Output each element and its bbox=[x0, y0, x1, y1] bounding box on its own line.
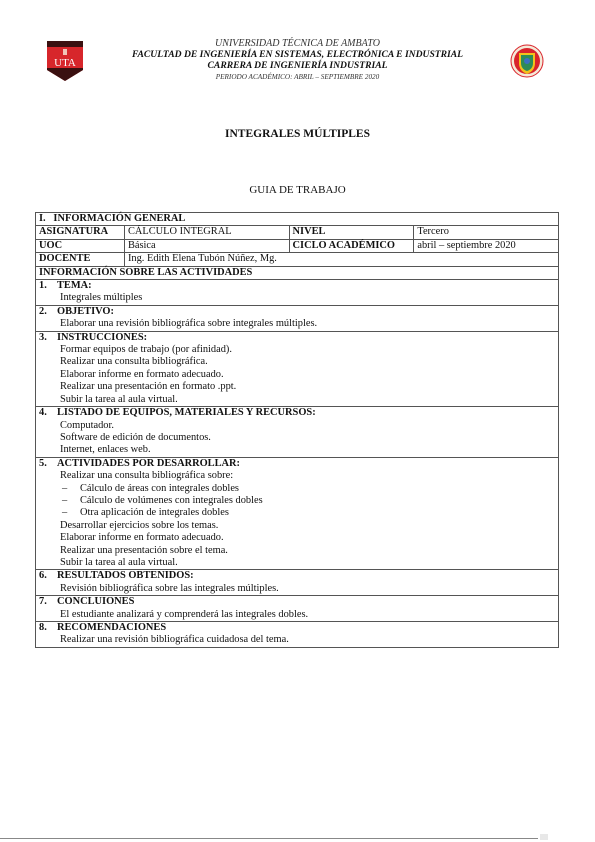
fisei-seal-logo-icon bbox=[510, 42, 544, 80]
section-row: 4.LISTADO DE EQUIPOS, MATERIALES Y RECUR… bbox=[36, 407, 559, 458]
section-body: Realizar una revisión bibliográfica cuid… bbox=[39, 634, 555, 646]
document-header: UTA UNIVERSIDAD TÉCNICA DE AMBATO FACULT… bbox=[0, 38, 595, 88]
general-info-heading-row: I. INFORMACIÓN GENERAL bbox=[36, 213, 559, 226]
section-number: 7. bbox=[39, 596, 57, 608]
section-resultados: 6.RESULTADOS OBTENIDOS: Revisión bibliog… bbox=[36, 570, 559, 596]
section-line: Formar equipos de trabajo (por afinidad)… bbox=[60, 344, 555, 356]
asignatura-value: CÁLCULO INTEGRAL bbox=[124, 226, 289, 239]
table-row: DOCENTE Ing. Edith Elena Tubón Núñez, Mg… bbox=[36, 253, 559, 266]
section-row: 3.INSTRUCCIONES: Formar equipos de traba… bbox=[36, 331, 559, 406]
section-row: 8.RECOMENDACIONES Realizar una revisión … bbox=[36, 622, 559, 648]
section-line: Internet, enlaces web. bbox=[60, 444, 555, 456]
section-line: Elaborar informe en formato adecuado. bbox=[60, 532, 555, 544]
section-row: 5.ACTIVIDADES POR DESARROLLAR: Realizar … bbox=[36, 457, 559, 570]
footer-divider bbox=[0, 838, 538, 839]
section-row: 2.OBJETIVO: Elaborar una revisión biblio… bbox=[36, 305, 559, 331]
docente-value: Ing. Edith Elena Tubón Núñez, Mg. bbox=[124, 253, 558, 266]
section-body: El estudiante analizará y comprenderá la… bbox=[39, 609, 555, 621]
university-name: UNIVERSIDAD TÉCNICA DE AMBATO bbox=[100, 38, 495, 49]
ciclo-value: abril – septiembre 2020 bbox=[414, 239, 559, 252]
section-number: 4. bbox=[39, 407, 57, 419]
section-title: OBJETIVO: bbox=[57, 306, 114, 317]
bullet-item: –Otra aplicación de integrales dobles bbox=[60, 507, 555, 519]
section-title: INSTRUCCIONES: bbox=[57, 332, 147, 343]
section-title: RESULTADOS OBTENIDOS: bbox=[57, 570, 194, 581]
section-line: Desarrollar ejercicios sobre los temas. bbox=[60, 520, 555, 532]
section-recomendaciones: 8.RECOMENDACIONES Realizar una revisión … bbox=[36, 622, 559, 648]
section-line: Subir la tarea al aula virtual. bbox=[60, 394, 555, 406]
activities-heading: INFORMACIÓN SOBRE LAS ACTIVIDADES bbox=[36, 266, 559, 279]
academic-period: PERIODO ACADÉMICO: ABRIL – SEPTIEMBRE 20… bbox=[100, 71, 495, 83]
nivel-value: Tercero bbox=[414, 226, 559, 239]
asignatura-label: ASIGNATURA bbox=[36, 226, 125, 239]
section-line: Realizar una presentación sobre el tema. bbox=[60, 545, 555, 557]
section-row: 7.CONCLUIONES El estudiante analizará y … bbox=[36, 596, 559, 622]
section-number: 6. bbox=[39, 570, 57, 582]
section-row: 1.TEMA: Integrales múltiples bbox=[36, 280, 559, 306]
bullet-item: –Cálculo de volúmenes con integrales dob… bbox=[60, 495, 555, 507]
table-row: UOC Básica CICLO ACADÉMICO abril – septi… bbox=[36, 239, 559, 252]
section-body: Integrales múltiples bbox=[39, 292, 555, 304]
institution-heading: UNIVERSIDAD TÉCNICA DE AMBATO FACULTAD D… bbox=[100, 38, 495, 83]
career-name: CARRERA DE INGENIERÍA INDUSTRIAL bbox=[100, 60, 495, 71]
section-title: TEMA: bbox=[57, 280, 92, 291]
work-guide-table: I. INFORMACIÓN GENERAL ASIGNATURA CÁLCUL… bbox=[35, 212, 559, 648]
section-number: 1. bbox=[39, 280, 57, 292]
uoc-value: Básica bbox=[124, 239, 289, 252]
uta-shield-logo-icon: UTA bbox=[46, 40, 84, 82]
uoc-label: UOC bbox=[36, 239, 125, 252]
section-conclusiones: 7.CONCLUIONES El estudiante analizará y … bbox=[36, 596, 559, 622]
section-title: RECOMENDACIONES bbox=[57, 622, 166, 633]
section-title: LISTADO DE EQUIPOS, MATERIALES Y RECURSO… bbox=[57, 407, 316, 418]
section-line: Computador. bbox=[60, 420, 555, 432]
general-info-heading: I. INFORMACIÓN GENERAL bbox=[36, 213, 559, 226]
section-objetivo: 2.OBJETIVO: Elaborar una revisión biblio… bbox=[36, 305, 559, 331]
section-line: Revisión bibliográfica sobre las integra… bbox=[60, 583, 555, 595]
section-title: ACTIVIDADES POR DESARROLLAR: bbox=[57, 458, 240, 469]
section-line: Realizar una revisión bibliográfica cuid… bbox=[60, 634, 555, 646]
bullet-item: –Cálculo de áreas con integrales dobles bbox=[60, 483, 555, 495]
section-body: Revisión bibliográfica sobre las integra… bbox=[39, 583, 555, 595]
section-body: Realizar una consulta bibliográfica sobr… bbox=[39, 470, 555, 569]
ciclo-label: CICLO ACADÉMICO bbox=[289, 239, 414, 252]
dash-bullet-icon: – bbox=[60, 507, 80, 519]
faculty-name: FACULTAD DE INGENIERÍA EN SISTEMAS, ELEC… bbox=[100, 49, 495, 60]
section-number: 2. bbox=[39, 306, 57, 318]
section-row: 6.RESULTADOS OBTENIDOS: Revisión bibliog… bbox=[36, 570, 559, 596]
footer-mark bbox=[540, 834, 548, 840]
section-line: Elaborar una revisión bibliográfica sobr… bbox=[60, 318, 555, 330]
table-row: ASIGNATURA CÁLCULO INTEGRAL NIVEL Tercer… bbox=[36, 226, 559, 239]
section-body: Formar equipos de trabajo (por afinidad)… bbox=[39, 344, 555, 406]
section-line: Realizar una consulta bibliográfica. bbox=[60, 356, 555, 368]
section-body: Computador. Software de edición de docum… bbox=[39, 420, 555, 457]
section-title: CONCLUIONES bbox=[57, 596, 134, 607]
section-number: 5. bbox=[39, 458, 57, 470]
section-number: 8. bbox=[39, 622, 57, 634]
section-body: Elaborar una revisión bibliográfica sobr… bbox=[39, 318, 555, 330]
section-tema: 1.TEMA: Integrales múltiples bbox=[36, 280, 559, 306]
section-line: Software de edición de documentos. bbox=[60, 432, 555, 444]
section-line: El estudiante analizará y comprenderá la… bbox=[60, 609, 555, 621]
section-instrucciones: 3.INSTRUCCIONES: Formar equipos de traba… bbox=[36, 331, 559, 406]
section-recursos: 4.LISTADO DE EQUIPOS, MATERIALES Y RECUR… bbox=[36, 407, 559, 458]
svg-text:UTA: UTA bbox=[54, 57, 76, 69]
document-title: INTEGRALES MÚLTIPLES bbox=[0, 128, 595, 140]
section-line: Realizar una presentación en formato .pp… bbox=[60, 381, 555, 393]
dash-bullet-icon: – bbox=[60, 483, 80, 495]
docente-label: DOCENTE bbox=[36, 253, 125, 266]
section-number: 3. bbox=[39, 332, 57, 344]
activities-heading-row: INFORMACIÓN SOBRE LAS ACTIVIDADES bbox=[36, 266, 559, 279]
section-actividades: 5.ACTIVIDADES POR DESARROLLAR: Realizar … bbox=[36, 457, 559, 570]
section-line: Integrales múltiples bbox=[60, 292, 555, 304]
document-subtitle: GUIA DE TRABAJO bbox=[0, 184, 595, 196]
section-line: Subir la tarea al aula virtual. bbox=[60, 557, 555, 569]
nivel-label: NIVEL bbox=[289, 226, 414, 239]
dash-bullet-icon: – bbox=[60, 495, 80, 507]
section-intro: Realizar una consulta bibliográfica sobr… bbox=[60, 470, 555, 482]
section-line: Elaborar informe en formato adecuado. bbox=[60, 369, 555, 381]
